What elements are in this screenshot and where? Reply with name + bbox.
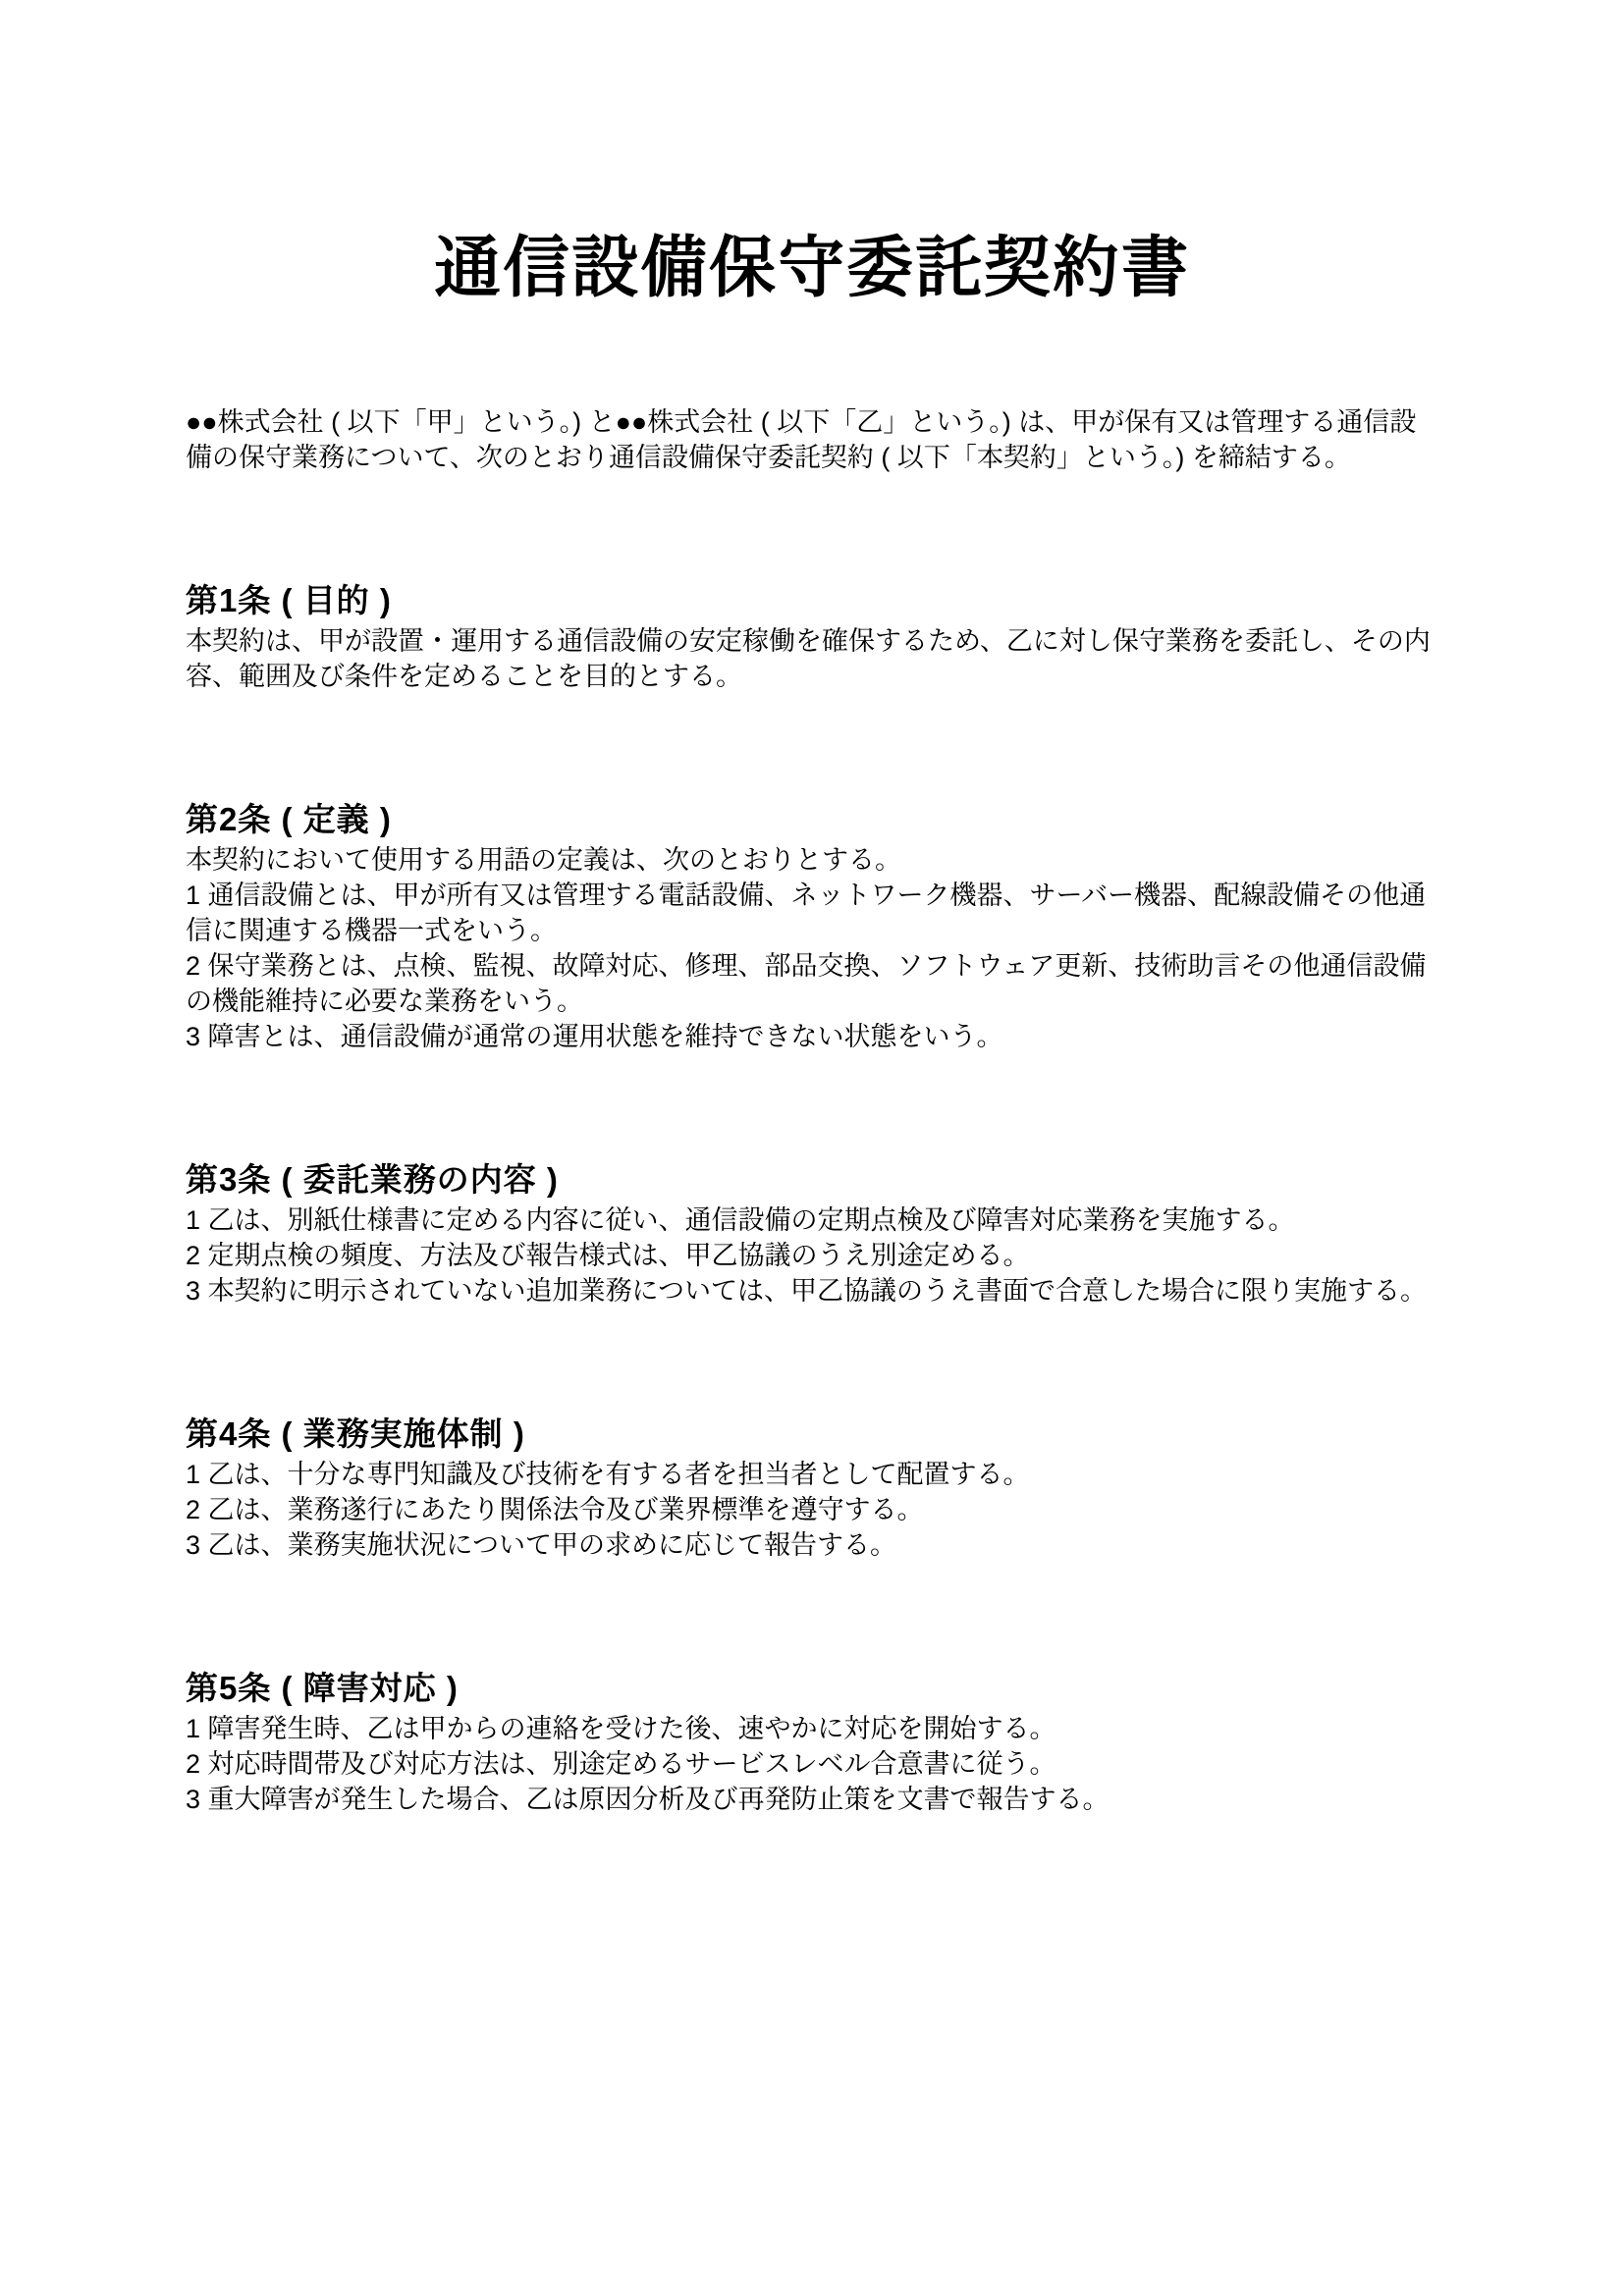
article-3-item-2: 2 定期点検の頻度、方法及び報告様式は、甲乙協議のうえ別途定める。 (186, 1238, 1438, 1273)
section-article-5: 第5条 ( 障害対応 ) 1 障害発生時、乙は甲からの連絡を受けた後、速やかに対… (186, 1666, 1438, 1817)
article-2-intro: 本契約において使用する用語の定義は、次のとおりとする。 (186, 842, 1438, 878)
article-3-item-3: 3 本契約に明示されていない追加業務については、甲乙協議のうえ書面で合意した場合… (186, 1273, 1438, 1308)
article-1-paragraph: 本契約は、甲が設置・運用する通信設備の安定稼働を確保するため、乙に対し保守業務を… (186, 623, 1438, 694)
article-4-item-1: 1 乙は、十分な専門知識及び技術を有する者を担当者として配置する。 (186, 1457, 1438, 1492)
section-article-1: 第1条 ( 目的 ) 本契約は、甲が設置・運用する通信設備の安定稼働を確保するた… (186, 578, 1438, 694)
document-title: 通信設備保守委託契約書 (186, 0, 1438, 306)
article-3-heading: 第3条 ( 委託業務の内容 ) (186, 1157, 1438, 1202)
article-4-heading: 第4条 ( 業務実施体制 ) (186, 1412, 1438, 1457)
article-2-heading: 第2条 ( 定義 ) (186, 797, 1438, 842)
section-article-4: 第4条 ( 業務実施体制 ) 1 乙は、十分な専門知識及び技術を有する者を担当者… (186, 1412, 1438, 1563)
article-4-item-3: 3 乙は、業務実施状況について甲の求めに応じて報告する。 (186, 1527, 1438, 1563)
article-5-heading: 第5条 ( 障害対応 ) (186, 1666, 1438, 1711)
article-2-item-1: 1 通信設備とは、甲が所有又は管理する電話設備、ネットワーク機器、サーバー機器、… (186, 878, 1438, 948)
section-article-2: 第2条 ( 定義 ) 本契約において使用する用語の定義は、次のとおりとする。 1… (186, 797, 1438, 1054)
article-2-item-3: 3 障害とは、通信設備が通常の運用状態を維持できない状態をいう。 (186, 1019, 1438, 1054)
article-5-item-2: 2 対応時間帯及び対応方法は、別途定めるサービスレベル合意書に従う。 (186, 1746, 1438, 1782)
article-3-item-1: 1 乙は、別紙仕様書に定める内容に従い、通信設備の定期点検及び障害対応業務を実施… (186, 1202, 1438, 1238)
section-article-3: 第3条 ( 委託業務の内容 ) 1 乙は、別紙仕様書に定める内容に従い、通信設備… (186, 1157, 1438, 1308)
article-4-item-2: 2 乙は、業務遂行にあたり関係法令及び業界標準を遵守する。 (186, 1492, 1438, 1527)
article-1-heading: 第1条 ( 目的 ) (186, 578, 1438, 623)
document-page: 通信設備保守委託契約書 ●●株式会社 ( 以下「甲」という。) と●●株式会社 … (0, 0, 1624, 2296)
article-5-item-3: 3 重大障害が発生した場合、乙は原因分析及び再発防止策を文書で報告する。 (186, 1782, 1438, 1817)
preamble-paragraph: ●●株式会社 ( 以下「甲」という。) と●●株式会社 ( 以下「乙」という。)… (186, 404, 1438, 475)
article-5-item-1: 1 障害発生時、乙は甲からの連絡を受けた後、速やかに対応を開始する。 (186, 1711, 1438, 1746)
article-2-item-2: 2 保守業務とは、点検、監視、故障対応、修理、部品交換、ソフトウェア更新、技術助… (186, 948, 1438, 1019)
